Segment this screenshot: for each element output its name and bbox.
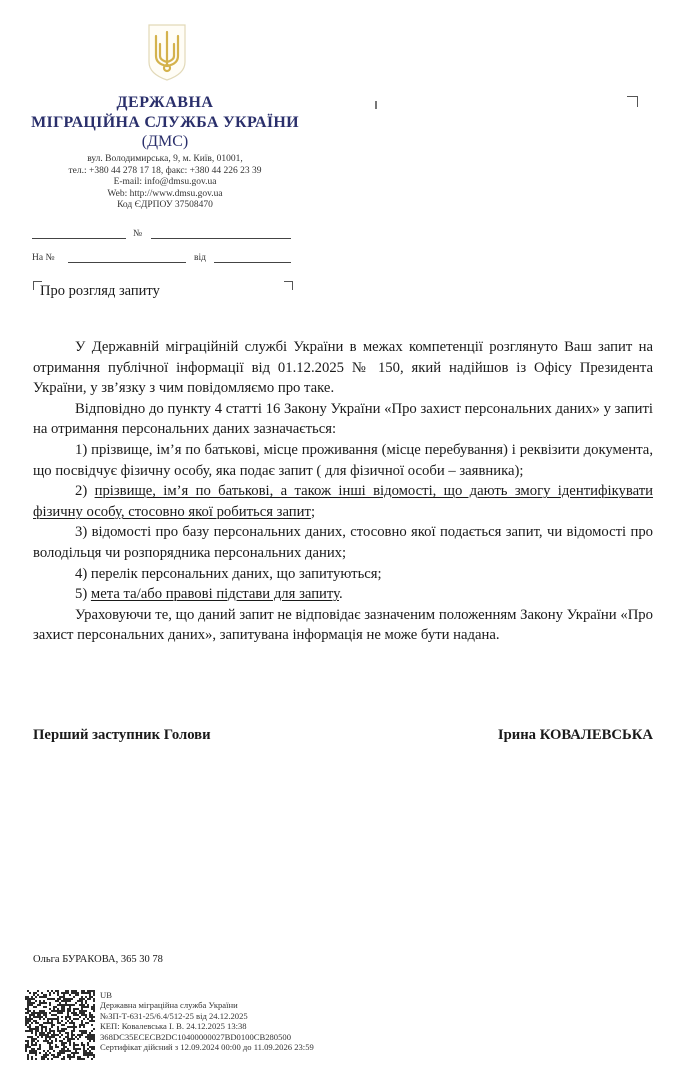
underlined-text: мета та/або правові підстави для запиту bbox=[91, 586, 339, 602]
stamp-line-6: Сертифікат дійсний з 12.09.2024 00:00 до… bbox=[100, 1042, 314, 1052]
paragraph-law-reference: Відповідно до пункту 4 статті 16 Закону … bbox=[33, 399, 653, 440]
stamp-line-1: UB bbox=[100, 990, 314, 1000]
addressee-corner-mark bbox=[627, 96, 638, 107]
reply-to-label: На № bbox=[32, 253, 55, 263]
stray-mark bbox=[375, 101, 377, 109]
org-edrpou: Код ЄДРПОУ 37508470 bbox=[20, 200, 310, 212]
executor-phone: , 365 30 78 bbox=[116, 954, 163, 965]
stamp-line-4: КЕП: Ковалевська І. В. 24.12.2025 13:38 bbox=[100, 1021, 314, 1031]
outgoing-date-line bbox=[32, 238, 126, 239]
paragraph-intro: У Державній міграційній службі України в… bbox=[33, 337, 653, 399]
outgoing-number-line bbox=[151, 238, 291, 239]
org-name-line2: МІГРАЦІЙНА СЛУЖБА УКРАЇНИ bbox=[20, 114, 310, 132]
list-item-4: 4) перелік персональних даних, що запиту… bbox=[33, 564, 653, 585]
reply-from-date-line bbox=[214, 262, 291, 263]
list-item-3: 3) відомості про базу персональних даних… bbox=[33, 522, 653, 563]
org-address: вул. Володимирська, 9, м. Київ, 01001, bbox=[20, 154, 310, 166]
org-abbreviation: (ДМС) bbox=[20, 133, 310, 151]
qr-code-icon bbox=[25, 990, 95, 1060]
coat-of-arms-icon bbox=[146, 22, 188, 82]
executor-name: Ольга БУРАКОВА bbox=[33, 954, 116, 965]
signatory-name: Ірина КОВАЛЕВСЬКА bbox=[498, 727, 653, 744]
reply-to-number-line bbox=[68, 262, 186, 263]
org-email: E-mail: info@dmsu.gov.ua bbox=[20, 177, 310, 189]
underlined-text: прізвище, ім’я по батькові, а також інші… bbox=[33, 483, 653, 520]
list-item-2: 2) прізвище, ім’я по батькові, а також і… bbox=[33, 481, 653, 522]
list-item-1: 1) прізвище, ім’я по батькові, місце про… bbox=[33, 440, 653, 481]
stamp-line-3: №ЗП-Т-631-25/6.4/512-25 від 24.12.2025 bbox=[100, 1011, 314, 1021]
stamp-line-2: Державна міграційна служба України bbox=[100, 1000, 314, 1010]
e-signature-stamp: UB Державна міграційна служба України №З… bbox=[100, 990, 314, 1052]
executor-info: Ольга БУРАКОВА, 365 30 78 bbox=[33, 954, 163, 965]
org-contacts: вул. Володимирська, 9, м. Київ, 01001, т… bbox=[20, 154, 310, 212]
letter-body: У Державній міграційній службі України в… bbox=[33, 337, 653, 646]
list-item-5: 5) мета та/або правові підстави для запи… bbox=[33, 584, 653, 605]
org-phones: тел.: +380 44 278 17 18, факс: +380 44 2… bbox=[20, 166, 310, 178]
paragraph-conclusion: Ураховуючи те, що даний запит не відпові… bbox=[33, 605, 653, 646]
outgoing-number-label: № bbox=[133, 229, 142, 239]
signatory-position: Перший заступник Голови bbox=[33, 727, 211, 744]
org-web: Web: http://www.dmsu.gov.ua bbox=[20, 189, 310, 201]
reply-from-label: від bbox=[194, 253, 206, 263]
org-name-line1: ДЕРЖАВНА bbox=[20, 94, 310, 112]
letter-subject: Про розгляд запиту bbox=[40, 283, 160, 300]
subject-corner-right bbox=[284, 281, 293, 290]
stamp-line-5: 368DC35ECECB2DC10400000027BD0100CB280500 bbox=[100, 1032, 314, 1042]
